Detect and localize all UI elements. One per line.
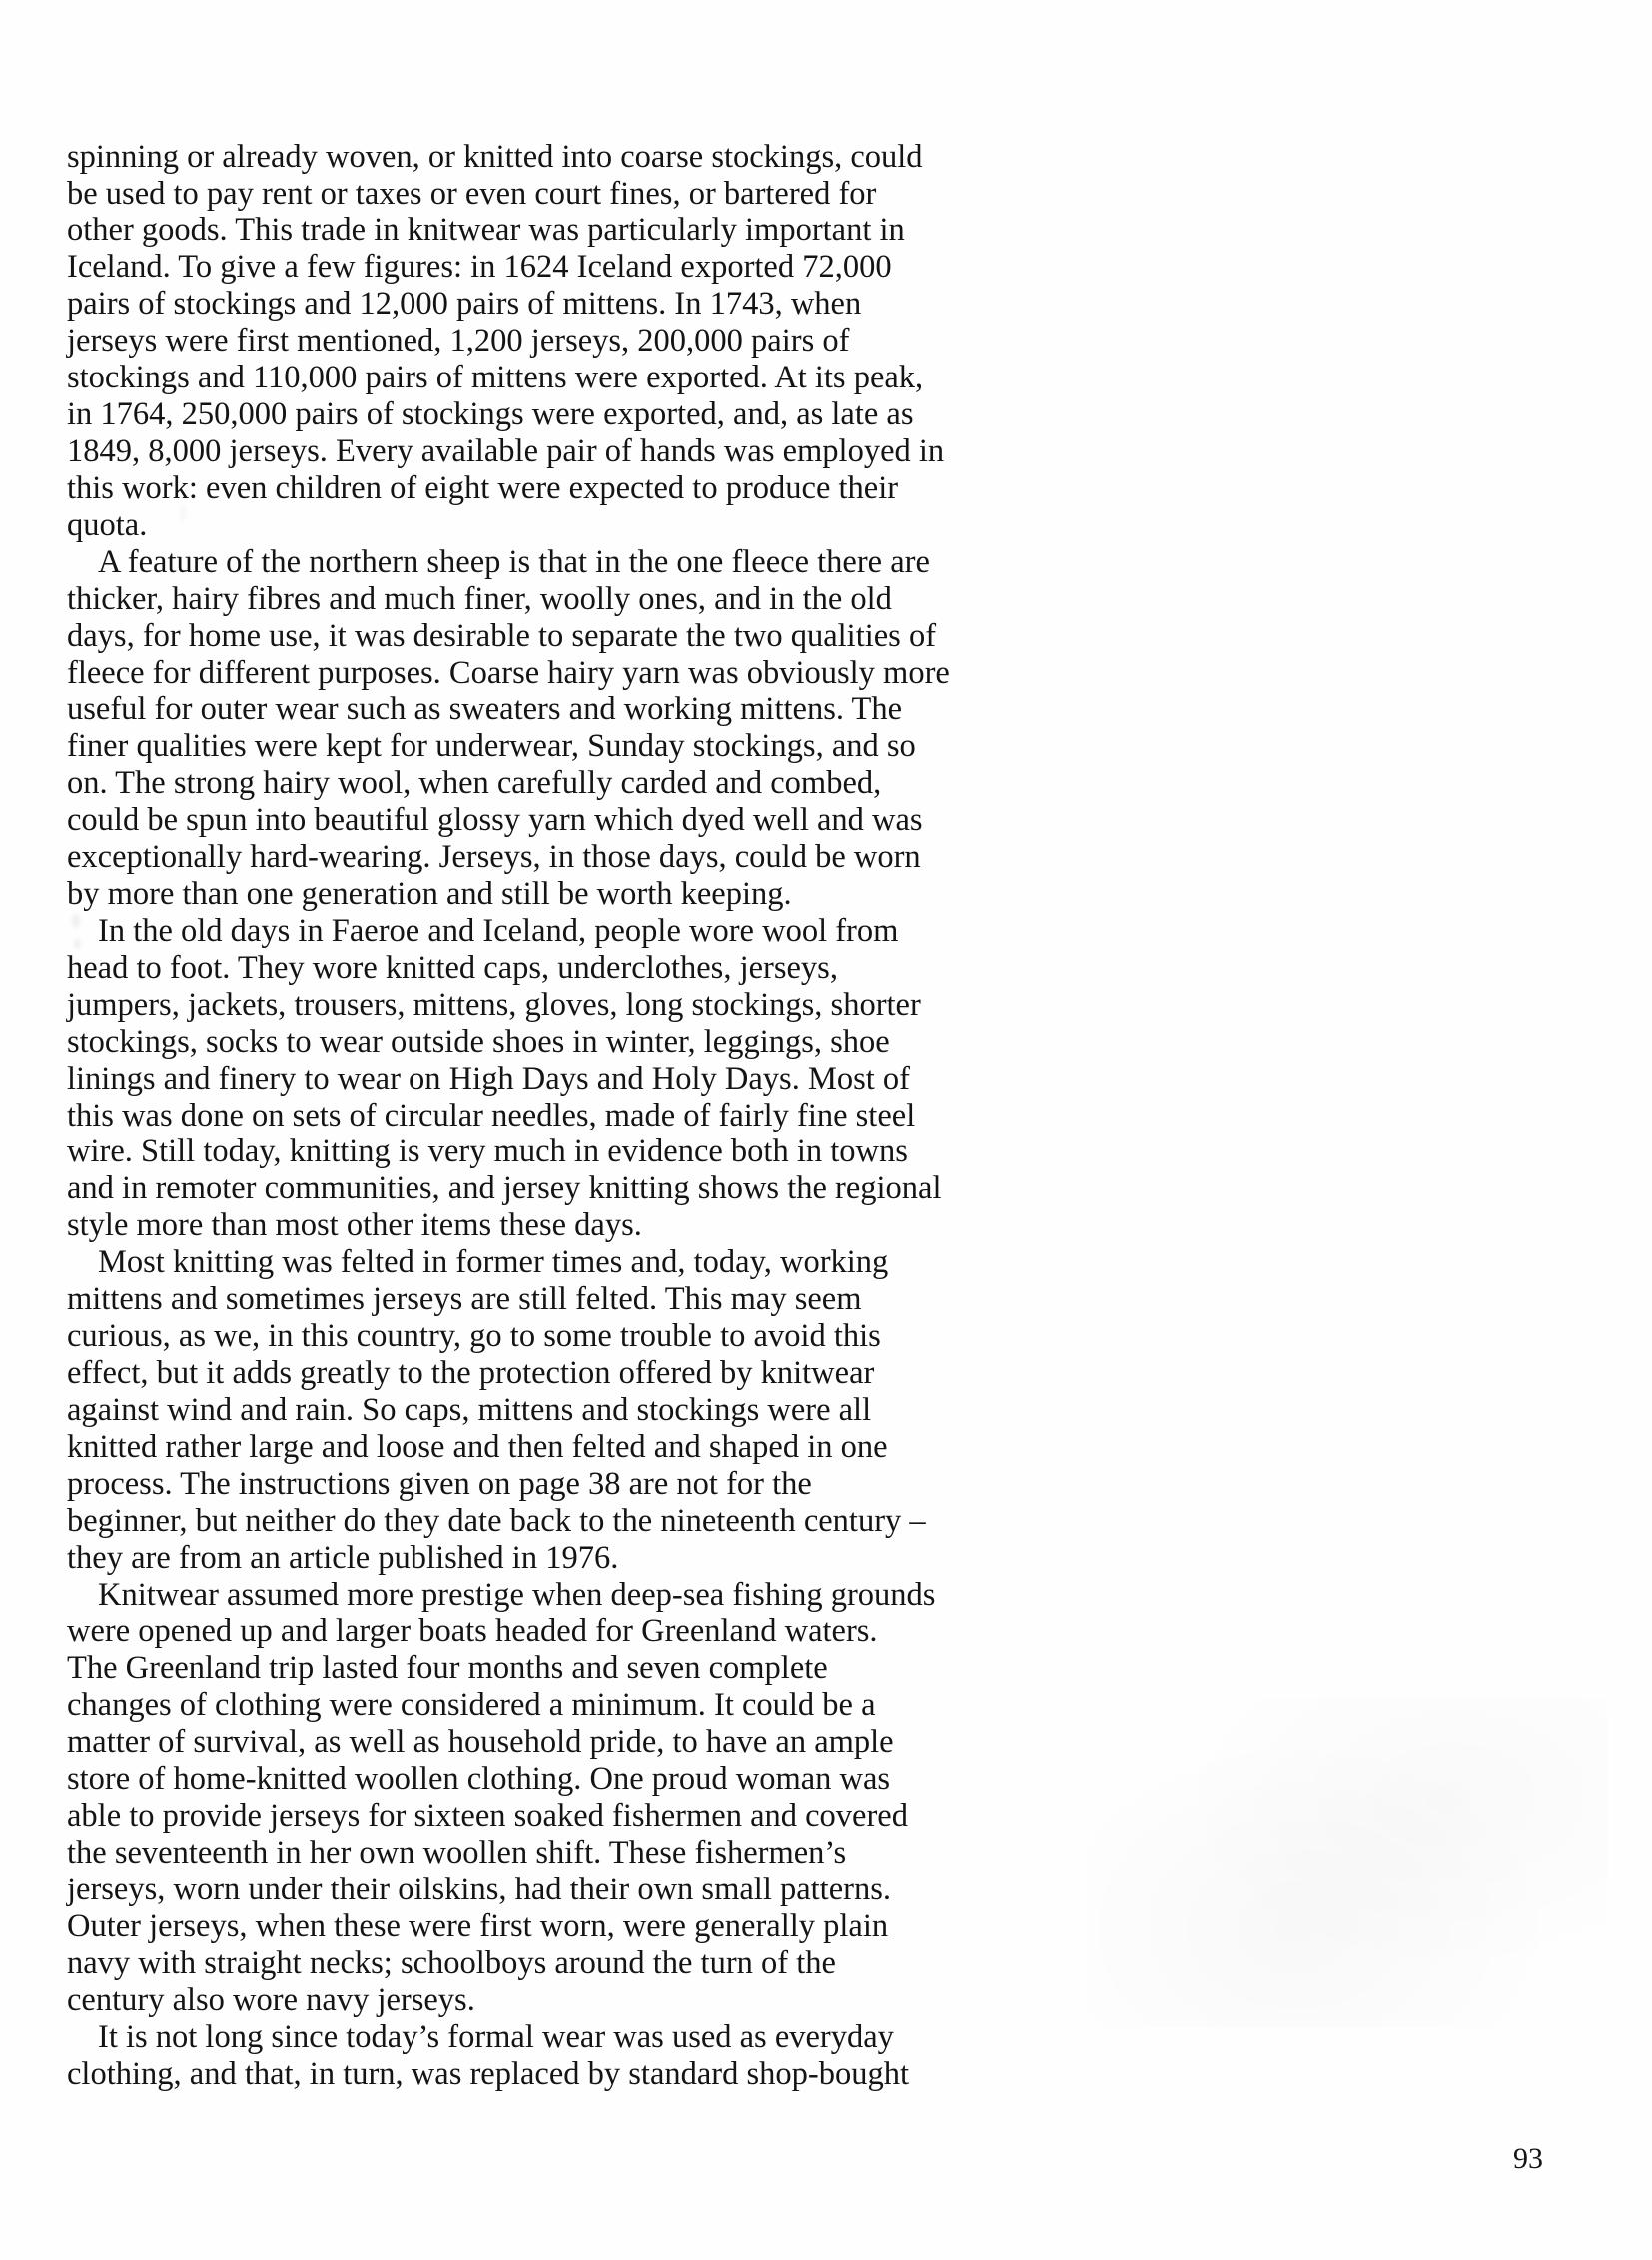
reverse-page-show-through bbox=[1089, 1698, 1608, 2027]
text-line: other goods. This trade in knitwear was … bbox=[67, 212, 1026, 249]
text-line: this was done on sets of circular needle… bbox=[67, 1098, 1026, 1134]
text-line: store of home-knitted woollen clothing. … bbox=[67, 1761, 1026, 1798]
book-page: spinning or already woven, or knitted in… bbox=[0, 0, 1652, 2260]
text-line: jumpers, jackets, trousers, mittens, glo… bbox=[67, 987, 1026, 1024]
text-line: on. The strong hairy wool, when carefull… bbox=[67, 765, 1026, 802]
text-line: fleece for different purposes. Coarse ha… bbox=[67, 655, 1026, 692]
paragraph-4: Most knitting was felted in former times… bbox=[67, 1244, 1026, 1576]
text-line: matter of survival, as well as household… bbox=[67, 1724, 1026, 1761]
text-line: wire. Still today, knitting is very much… bbox=[67, 1133, 1026, 1170]
text-line: the seventeenth in her own woollen shift… bbox=[67, 1835, 1026, 1872]
text-line: able to provide jerseys for sixteen soak… bbox=[67, 1798, 1026, 1835]
text-line: Iceland. To give a few figures: in 1624 … bbox=[67, 249, 1026, 286]
paragraph-1: spinning or already woven, or knitted in… bbox=[67, 139, 1026, 544]
text-line: were opened up and larger boats headed f… bbox=[67, 1613, 1026, 1650]
text-line: navy with straight necks; schoolboys aro… bbox=[67, 1945, 1026, 1982]
paragraph-6: It is not long since today’s formal wear… bbox=[67, 2019, 1026, 2093]
text-line: head to foot. They wore knitted caps, un… bbox=[67, 950, 1026, 987]
paragraph-2: A feature of the northern sheep is that … bbox=[67, 544, 1026, 913]
text-line: finer qualities were kept for underwear,… bbox=[67, 728, 1026, 765]
text-line: stockings and 110,000 pairs of mittens w… bbox=[67, 360, 1026, 396]
text-line: In the old days in Faeroe and Iceland, p… bbox=[67, 913, 1026, 950]
text-line: The Greenland trip lasted four months an… bbox=[67, 1650, 1026, 1687]
text-line: against wind and rain. So caps, mittens … bbox=[67, 1392, 1026, 1429]
text-line: jerseys were first mentioned, 1,200 jers… bbox=[67, 323, 1026, 360]
body-text: spinning or already woven, or knitted in… bbox=[67, 139, 1026, 2093]
text-line: days, for home use, it was desirable to … bbox=[67, 618, 1026, 655]
text-line: exceptionally hard-wearing. Jerseys, in … bbox=[67, 839, 1026, 876]
text-line: useful for outer wear such as sweaters a… bbox=[67, 691, 1026, 728]
paragraph-5: Knitwear assumed more prestige when deep… bbox=[67, 1577, 1026, 2019]
text-line: beginner, but neither do they date back … bbox=[67, 1503, 1026, 1540]
text-line: thicker, hairy fibres and much finer, wo… bbox=[67, 581, 1026, 618]
text-line: mittens and sometimes jerseys are still … bbox=[67, 1281, 1026, 1318]
text-line: Outer jerseys, when these were first wor… bbox=[67, 1908, 1026, 1945]
page-number: 93 bbox=[1513, 2141, 1543, 2177]
text-line: spinning or already woven, or knitted in… bbox=[67, 139, 1026, 176]
text-line: quota. bbox=[67, 507, 1026, 544]
text-line: style more than most other items these d… bbox=[67, 1207, 1026, 1244]
text-line: be used to pay rent or taxes or even cou… bbox=[67, 176, 1026, 213]
text-line: changes of clothing were considered a mi… bbox=[67, 1687, 1026, 1724]
text-line: process. The instructions given on page … bbox=[67, 1466, 1026, 1503]
text-line: curious, as we, in this country, go to s… bbox=[67, 1318, 1026, 1355]
text-line: knitted rather large and loose and then … bbox=[67, 1429, 1026, 1466]
text-line: and in remoter communities, and jersey k… bbox=[67, 1170, 1026, 1207]
text-line: they are from an article published in 19… bbox=[67, 1540, 1026, 1577]
text-line: stockings, socks to wear outside shoes i… bbox=[67, 1024, 1026, 1061]
paragraph-3: In the old days in Faeroe and Iceland, p… bbox=[67, 913, 1026, 1244]
text-line: in 1764, 250,000 pairs of stockings were… bbox=[67, 396, 1026, 433]
text-line: this work: even children of eight were e… bbox=[67, 470, 1026, 507]
text-line: linings and finery to wear on High Days … bbox=[67, 1061, 1026, 1098]
text-line: clothing, and that, in turn, was replace… bbox=[67, 2056, 1026, 2093]
text-line: 1849, 8,000 jerseys. Every available pai… bbox=[67, 433, 1026, 470]
text-line: A feature of the northern sheep is that … bbox=[67, 544, 1026, 581]
text-line: jerseys, worn under their oilskins, had … bbox=[67, 1872, 1026, 1908]
text-line: Knitwear assumed more prestige when deep… bbox=[67, 1577, 1026, 1614]
text-line: by more than one generation and still be… bbox=[67, 876, 1026, 913]
text-line: It is not long since today’s formal wear… bbox=[67, 2019, 1026, 2056]
text-line: could be spun into beautiful glossy yarn… bbox=[67, 802, 1026, 839]
text-line: effect, but it adds greatly to the prote… bbox=[67, 1355, 1026, 1392]
text-line: Most knitting was felted in former times… bbox=[67, 1244, 1026, 1281]
text-line: pairs of stockings and 12,000 pairs of m… bbox=[67, 286, 1026, 323]
text-line: century also wore navy jerseys. bbox=[67, 1982, 1026, 2019]
